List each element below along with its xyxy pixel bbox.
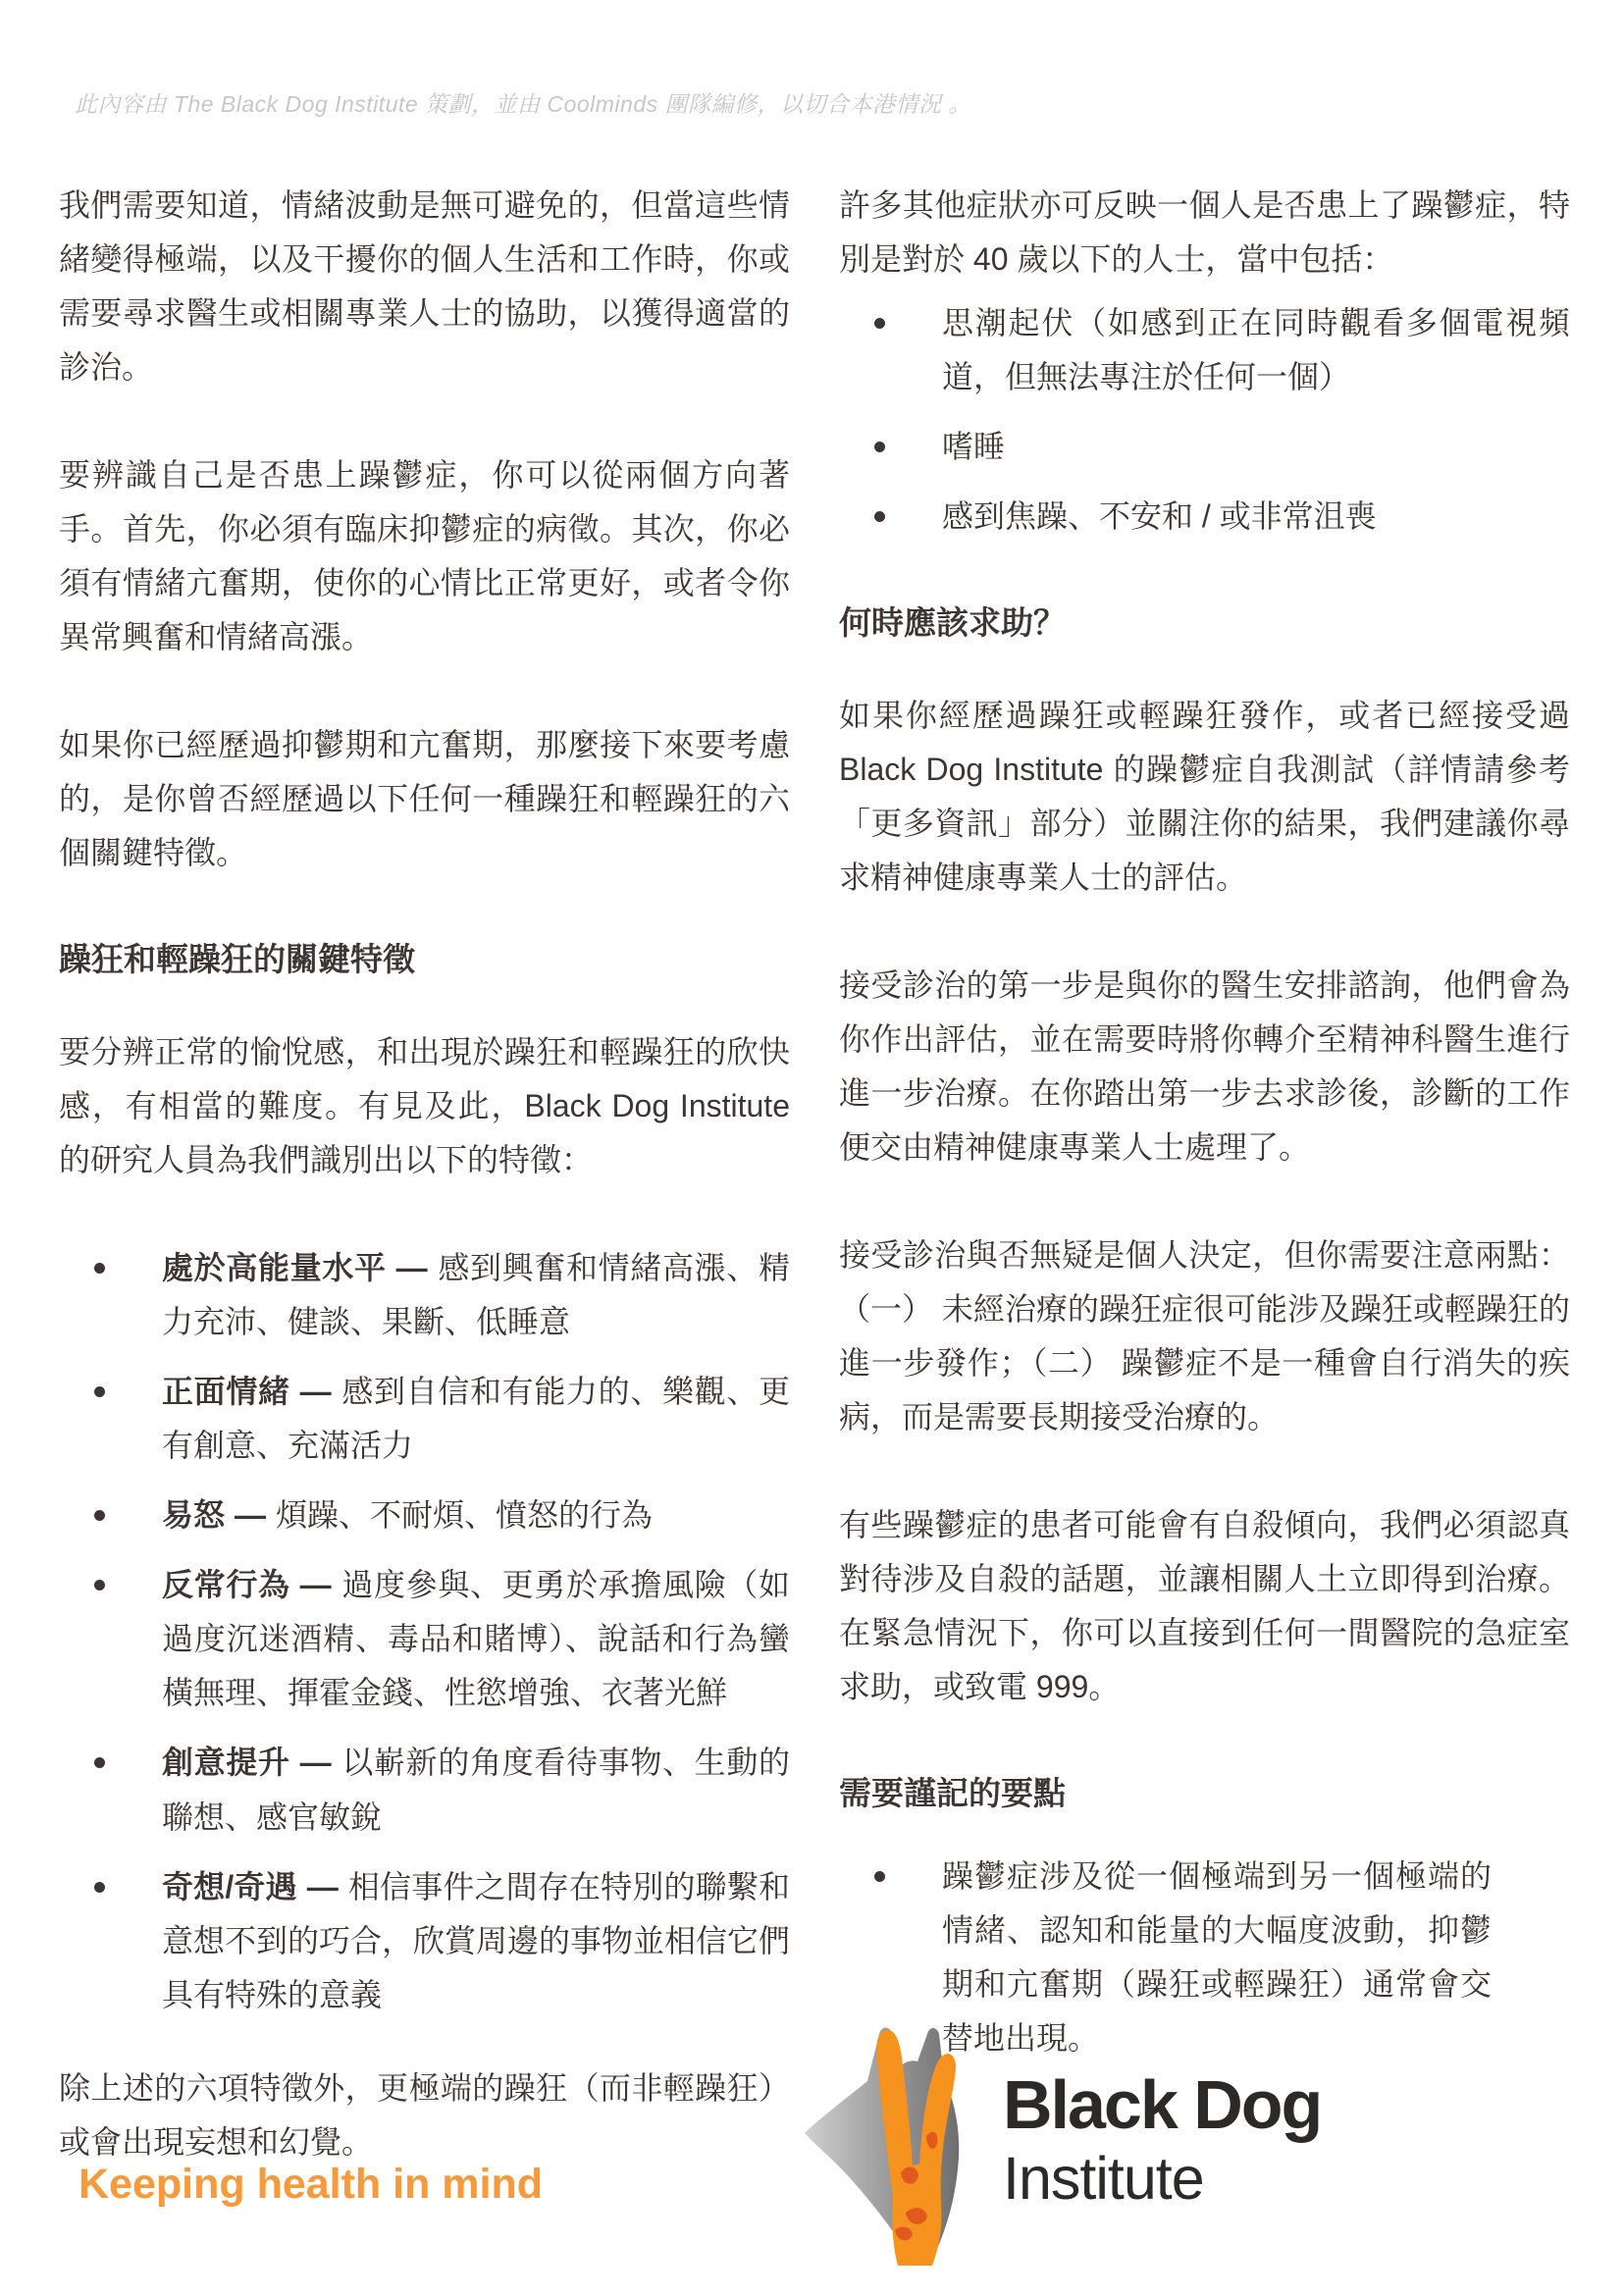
feature-term: 處於高能量水平 <box>162 1250 387 1285</box>
feature-desc: 煩躁、不耐煩、憤怒的行為 <box>276 1497 653 1533</box>
feature-term: 正面情緒 <box>162 1374 290 1409</box>
bullet-dot <box>94 1263 105 1274</box>
remember-heading: 需要謹記的要點 <box>839 1768 1570 1820</box>
em-dash: — <box>235 1497 266 1533</box>
symptom-item-racing-thoughts: 思潮起伏（如感到正在同時觀看多個電視頻道，但無法專注於任何一個） <box>839 296 1570 404</box>
features-heading: 躁狂和輕躁狂的關鍵特徵 <box>59 934 790 986</box>
feature-item-mystical-experiences: 奇想/奇遇—相信事件之間存在特別的聯繫和意想不到的巧合，欣賞周邊的事物並相信它們… <box>59 1860 790 2022</box>
paragraph-extreme-mania: 除上述的六項特徵外，更極端的躁狂（而非輕躁狂）或會出現妄想和幻覺。 <box>59 2061 790 2169</box>
feature-item-uncharacteristic-behaviour: 反常行為—過度參與、更勇於承擔風險（如過度沉迷酒精、毒品和賭博）、說話和行為蠻橫… <box>59 1558 790 1720</box>
bullet-dot <box>94 1386 105 1397</box>
em-dash: — <box>300 1374 332 1409</box>
paragraph-features-intro: 要分辨正常的愉悅感，和出現於躁狂和輕躁狂的欣快感，有相當的難度。有見及此，Bla… <box>59 1025 790 1187</box>
tagline: Keeping health in mind <box>79 2161 543 2209</box>
feature-item-positive-mood: 正面情緒—感到自信和有能力的、樂觀、更有創意、充滿活力 <box>59 1365 790 1473</box>
bullet-dot <box>874 511 885 522</box>
symptom-text: 嗜睡 <box>942 420 1570 474</box>
feature-term: 易怒 <box>162 1497 225 1533</box>
features-list: 處於高能量水平—感到興奮和情緒高漲、精力充沛、健談、果斷、低睡意 正面情緒—感到… <box>59 1241 790 2021</box>
logo-wordmark: Black Dog Institute <box>1003 2070 1321 2209</box>
bullet-dot <box>874 1871 885 1882</box>
paragraph-personal-decision: 接受診治與否無疑是個人決定，但你需要注意兩點：（一） 未經治療的躁狂症很可能涉及… <box>839 1228 1570 1444</box>
symptom-text: 感到焦躁、不安和 / 或非常沮喪 <box>942 490 1570 544</box>
right-column: 許多其他症狀亦可反映一個人是否患上了躁鬱症，特別是對於 40 歲以下的人士，當中… <box>839 179 1570 2105</box>
symptom-item-hypersomnia: 嗜睡 <box>839 420 1570 474</box>
bullet-dot <box>874 442 885 452</box>
feature-term: 創意提升 <box>162 1745 290 1780</box>
symptom-item-agitation: 感到焦躁、不安和 / 或非常沮喪 <box>839 490 1570 544</box>
bullet-dot <box>94 1757 105 1768</box>
bullet-dot <box>94 1580 105 1591</box>
paragraph-first-step: 接受診治的第一步是與你的醫生安排諮詢，他們會為你作出評估，並在需要時將你轉介至精… <box>839 959 1570 1174</box>
paragraph-identify-bipolar: 要辨識自己是否患上躁鬱症，你可以從兩個方向著手。首先，你必須有臨床抑鬱症的病徵。… <box>59 448 790 664</box>
black-dog-institute-logo: Black Dog Institute <box>797 2019 1321 2267</box>
paragraph-when-seek-help: 如果你經歷過躁狂或輕躁狂發作，或者已經接受過 Black Dog Institu… <box>839 689 1570 905</box>
paragraph-mood-swings: 我們需要知道，情緒波動是無可避免的，但當這些情緒變得極端，以及干擾你的個人生活和… <box>59 179 790 394</box>
bullet-dot <box>874 318 885 329</box>
feature-item-irritability: 易怒—煩躁、不耐煩、憤怒的行為 <box>59 1488 790 1542</box>
symptom-text: 思潮起伏（如感到正在同時觀看多個電視頻道，但無法專注於任何一個） <box>942 296 1570 404</box>
dog-hand-icon <box>797 2019 993 2267</box>
paragraph-suicide-risk: 有些躁鬱症的患者可能會有自殺傾向，我們必須認真對待涉及自殺的話題，並讓相關人土立… <box>839 1498 1570 1714</box>
bullet-dot <box>94 1882 105 1893</box>
feature-term: 奇想/奇遇 <box>162 1869 297 1904</box>
feature-item-creativity: 創意提升—以嶄新的角度看待事物、生動的聯想、感官敏銳 <box>59 1736 790 1844</box>
disclaimer-text: 此內容由 The Black Dog Institute 策劃，並由 Coolm… <box>75 86 1546 119</box>
feature-item-high-energy: 處於高能量水平—感到興奮和情緒高漲、精力充沛、健談、果斷、低睡意 <box>59 1241 790 1349</box>
paragraph-experienced-periods: 如果你已經歷過抑鬱期和亢奮期，那麼接下來要考慮的，是你曾否經歷過以下任何一種躁狂… <box>59 718 790 880</box>
help-heading: 何時應該求助？ <box>839 598 1570 650</box>
em-dash: — <box>396 1250 428 1285</box>
bullet-dot <box>94 1510 105 1521</box>
logo-wordmark-line2: Institute <box>1003 2149 1321 2209</box>
symptoms-list: 思潮起伏（如感到正在同時觀看多個電視頻道，但無法專注於任何一個） 嗜睡 感到焦躁… <box>839 296 1570 544</box>
paragraph-other-symptoms: 許多其他症狀亦可反映一個人是否患上了躁鬱症，特別是對於 40 歲以下的人士，當中… <box>839 179 1570 287</box>
logo-wordmark-line1: Black Dog <box>1003 2070 1321 2139</box>
left-column: 我們需要知道，情緒波動是無可避免的，但當這些情緒變得極端，以及干擾你的個人生活和… <box>59 179 790 2169</box>
feature-term: 反常行為 <box>162 1567 290 1602</box>
em-dash: — <box>300 1567 332 1602</box>
document-page: 此內容由 The Black Dog Institute 策劃，並由 Coolm… <box>0 0 1624 2295</box>
em-dash: — <box>307 1869 339 1904</box>
em-dash: — <box>300 1745 332 1780</box>
